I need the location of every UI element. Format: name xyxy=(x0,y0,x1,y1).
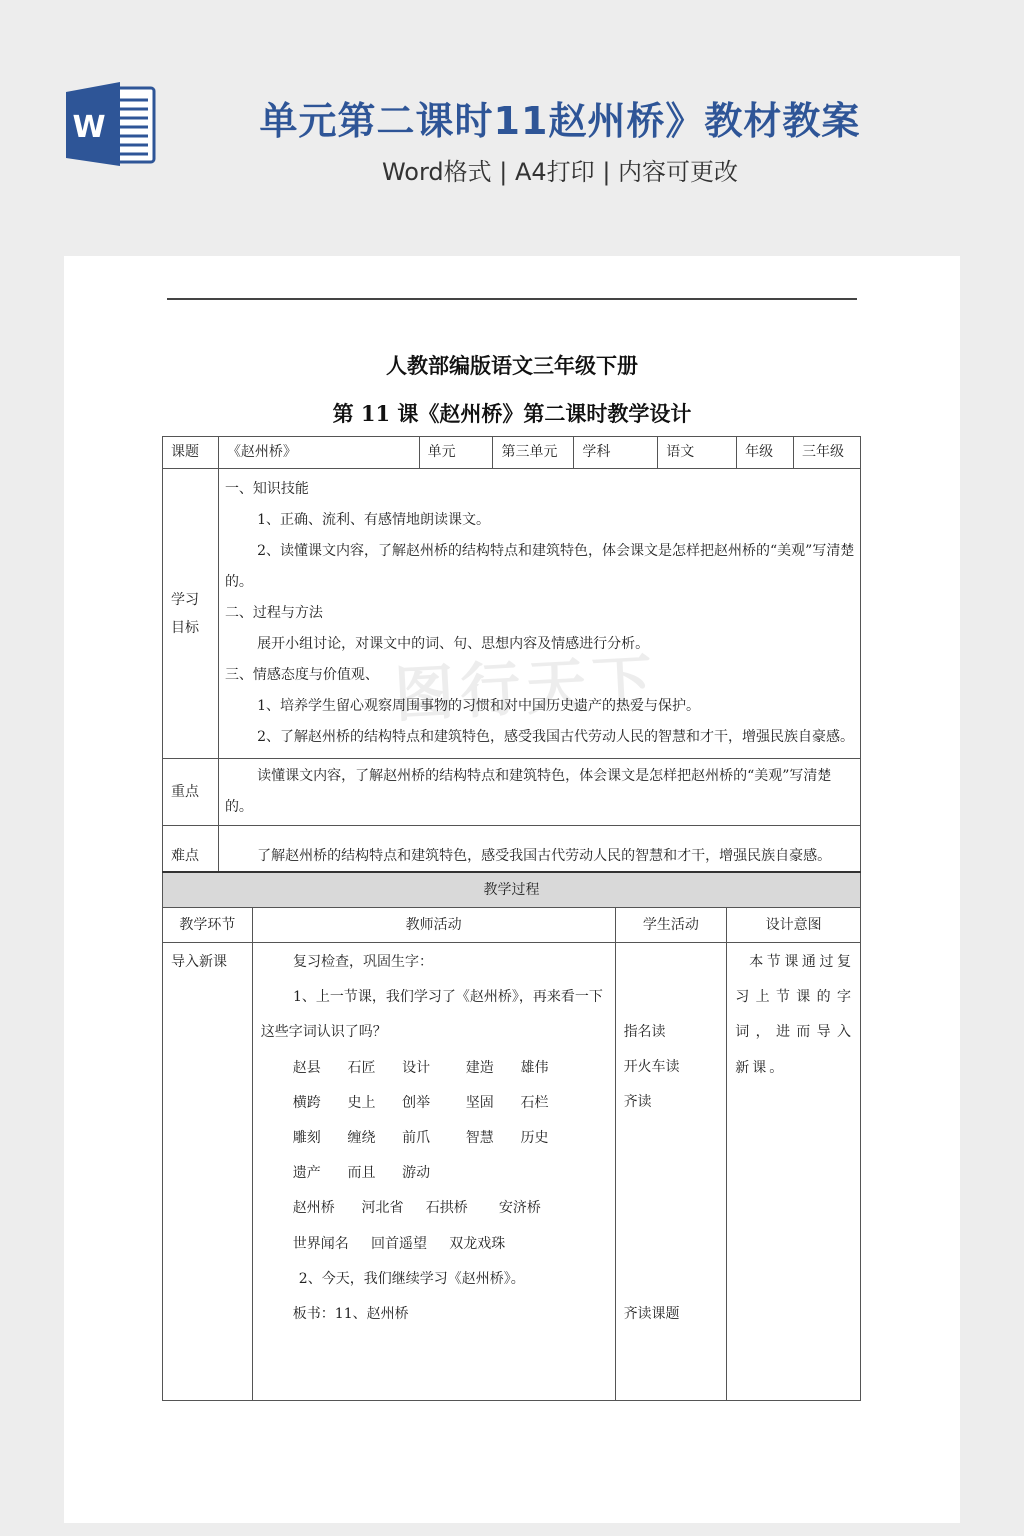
header-stage: 教学环节 xyxy=(163,908,253,943)
grade-label: 年级 xyxy=(737,437,794,469)
subject-value: 语文 xyxy=(658,437,737,469)
vocab-row: 世界闻名 回首遥望 双龙戏珠 xyxy=(261,1227,607,1262)
word-document-icon: W xyxy=(64,82,156,166)
unit-label: 单元 xyxy=(419,437,493,469)
unit-value: 第三单元 xyxy=(493,437,574,469)
vocab-row: 雕刻 缠绕 前爪 智慧 历史 xyxy=(261,1121,607,1156)
document-subtitle: 第 11 课《赵州桥》第二课时教学设计 xyxy=(64,398,960,428)
header-teacher: 教师活动 xyxy=(252,908,615,943)
topic-value: 《赵州桥》 xyxy=(218,437,419,469)
header-student: 学生活动 xyxy=(615,908,727,943)
document-title: 人教部编版语文三年级下册 xyxy=(64,350,960,380)
process-band-title: 教学过程 xyxy=(163,872,861,908)
grade-value: 三年级 xyxy=(794,437,861,469)
stage-cell: 导入新课 xyxy=(163,943,253,1401)
process-row: 导入新课 复习检查，巩固生字： 1、上一节课，我们学习了《赵州桥》，再来看一下这… xyxy=(163,943,861,1401)
banner-title: 单元第二课时11赵州桥》教材教案 xyxy=(200,90,920,145)
student-activity-cell: 指名读 开火车读 齐读 齐读课题 xyxy=(615,943,727,1401)
goals-content: 一、知识技能 1、正确、流利、有感情地朗读课文。 2、读懂课文内容，了解赵州桥的… xyxy=(218,469,860,759)
process-header-row: 教学环节 教师活动 学生活动 设计意图 xyxy=(163,908,861,943)
vocab-row: 横跨 史上 创举 坚固 石栏 xyxy=(261,1086,607,1121)
key-point-text: 读懂课文内容，了解赵州桥的结构特点和建筑特色，体会课文是怎样把赵州桥的“美观”写… xyxy=(218,759,860,826)
svg-text:W: W xyxy=(72,110,105,145)
goals-label: 学习 目标 xyxy=(163,469,219,759)
key-point-row: 重点 读懂课文内容，了解赵州桥的结构特点和建筑特色，体会课文是怎样把赵州桥的“美… xyxy=(163,759,861,826)
topic-label: 课题 xyxy=(163,437,219,469)
info-row: 课题 《赵州桥》 单元 第三单元 学科 语文 年级 三年级 xyxy=(163,437,861,469)
lesson-info-table: 课题 《赵州桥》 单元 第三单元 学科 语文 年级 三年级 学习 目标 一、知识… xyxy=(162,436,861,887)
header-intent: 设计意图 xyxy=(727,908,861,943)
teacher-activity-cell: 复习检查，巩固生字： 1、上一节课，我们学习了《赵州桥》，再来看一下这些字词认识… xyxy=(252,943,615,1401)
vocab-row: 赵州桥 河北省 石拱桥 安济桥 xyxy=(261,1191,607,1226)
subject-label: 学科 xyxy=(574,437,658,469)
key-point-label: 重点 xyxy=(163,759,219,826)
banner-subtitle: Word格式 | A4打印 | 内容可更改 xyxy=(200,152,920,187)
vocab-row: 遗产 而且 游动 xyxy=(261,1156,607,1191)
teaching-process-table: 教学过程 教学环节 教师活动 学生活动 设计意图 导入新课 复习检查，巩固生字：… xyxy=(162,871,861,1401)
goals-row: 学习 目标 一、知识技能 1、正确、流利、有感情地朗读课文。 2、读懂课文内容，… xyxy=(163,469,861,759)
design-intent-cell: 本节课通过复习上节课的字词，进而导入新课。 xyxy=(727,943,861,1401)
process-band: 教学过程 xyxy=(163,872,861,908)
vocab-row: 赵县 石匠 设计 建造 雄伟 xyxy=(261,1051,607,1086)
document-page: 人教部编版语文三年级下册 第 11 课《赵州桥》第二课时教学设计 课题 《赵州桥… xyxy=(64,256,960,1523)
header-rule xyxy=(167,298,857,300)
